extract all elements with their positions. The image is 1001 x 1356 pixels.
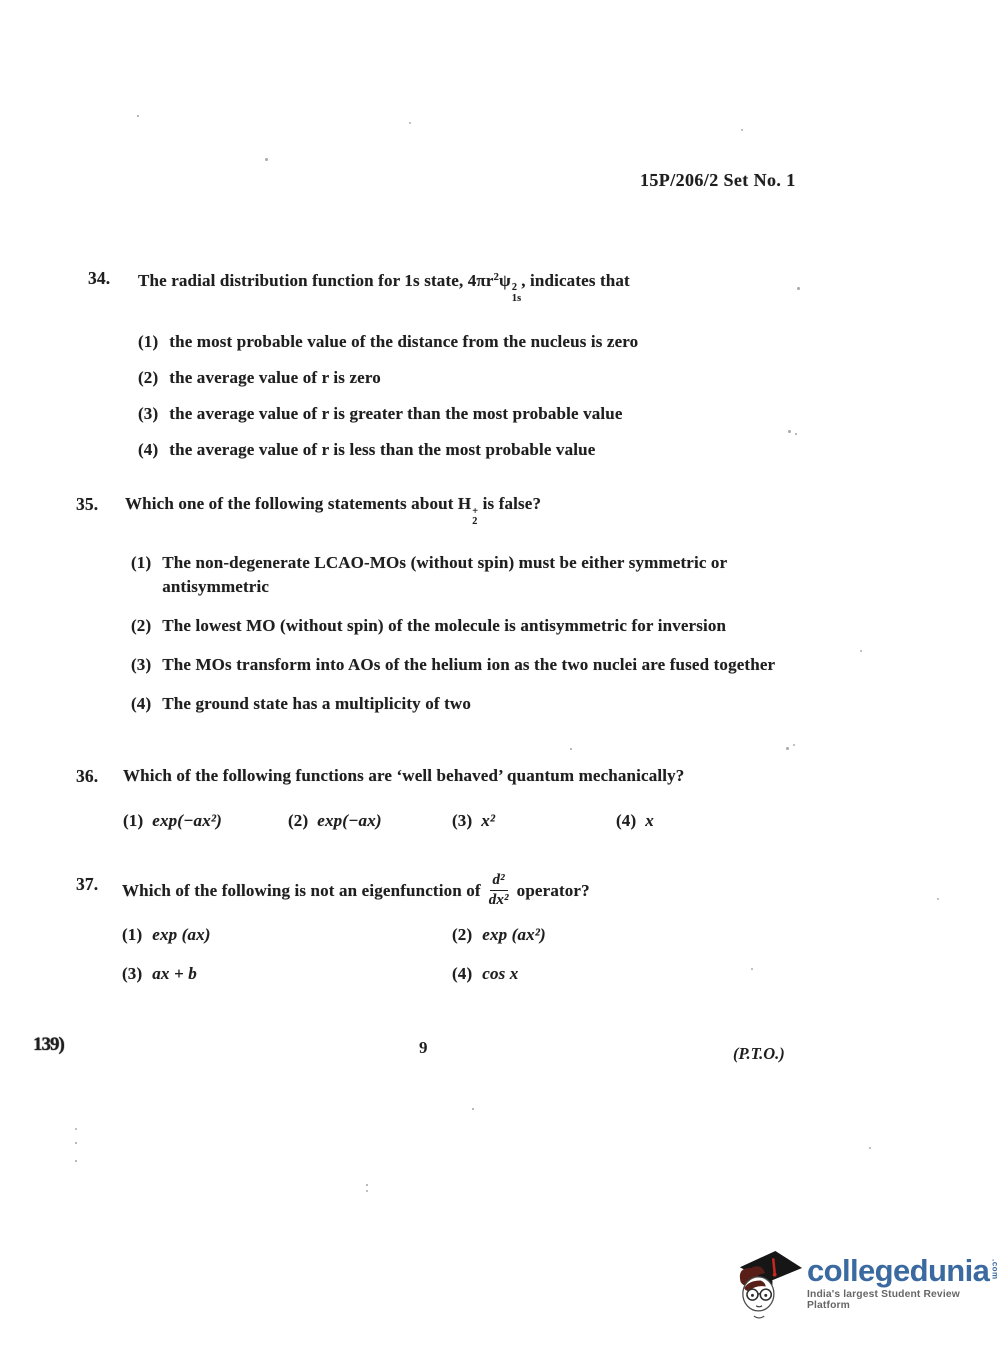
- option-label: (4): [138, 438, 158, 462]
- option-text: The ground state has a multiplicity of t…: [162, 692, 471, 716]
- option-row: (1) the most probable value of the dista…: [138, 330, 828, 354]
- option-label: (2): [452, 923, 472, 947]
- option-label: (4): [131, 692, 151, 716]
- question-stem: The radial distribution function for 1s …: [138, 266, 833, 304]
- option-label: (2): [138, 366, 158, 390]
- brand-tagline: India's largest Student Review Platform: [807, 1289, 1001, 1311]
- option-text: The lowest MO (without spin) of the mole…: [162, 614, 726, 638]
- option-text: the average value of r is zero: [169, 366, 381, 390]
- stem-text: The radial distribution function for 1s …: [138, 271, 494, 290]
- question-stem: Which one of the following statements ab…: [125, 492, 846, 527]
- option-label: (2): [131, 614, 151, 638]
- option-text: exp(−ax²): [152, 809, 222, 833]
- option-label: (3): [122, 962, 142, 986]
- option-row: (4) the average value of r is less than …: [138, 438, 828, 462]
- option-label: (4): [616, 809, 636, 833]
- pto-label: (P.T.O.): [733, 1044, 785, 1064]
- stem-text: , indicates that: [521, 271, 630, 290]
- option-row: (1) exp (ax): [122, 923, 452, 947]
- option-label: (1): [131, 551, 151, 599]
- option-text: x: [645, 809, 654, 833]
- option-text: The non-degenerate LCAO-MOs (without spi…: [162, 551, 810, 599]
- brand-wordmark: collegedunia: [807, 1256, 989, 1286]
- question-stem: Which of the following is not an eigenfu…: [122, 872, 866, 910]
- stem-text: Which of the following is not an eigenfu…: [122, 879, 481, 903]
- option-row: (1) The non-degenerate LCAO-MOs (without…: [131, 551, 846, 599]
- options-row: (1) exp(−ax²) (2) exp(−ax) (3) x² (4) x: [123, 809, 866, 833]
- collegedunia-logo: collegedunia .com India's largest Studen…: [731, 1242, 1001, 1333]
- option-row: (2) exp (ax²): [452, 923, 866, 947]
- option-text: cos x: [482, 962, 518, 986]
- stem-text: operator?: [517, 879, 590, 903]
- question-number: 37.: [76, 872, 122, 986]
- option-row: (4) x: [616, 809, 866, 833]
- option-text: the average value of r is greater than t…: [169, 402, 622, 426]
- option-label: (4): [452, 962, 472, 986]
- question-37: 37. Which of the following is not an eig…: [76, 872, 866, 986]
- option-label: (1): [122, 923, 142, 947]
- option-text: ax + b: [152, 962, 197, 986]
- page-number: 9: [419, 1038, 428, 1058]
- question-35: 35. Which one of the following statement…: [76, 492, 846, 731]
- question-number: 35.: [76, 492, 125, 731]
- option-text: exp (ax²): [482, 923, 546, 947]
- collegedunia-mascot-icon: [731, 1242, 805, 1333]
- option-row: (2) The lowest MO (without spin) of the …: [131, 614, 846, 638]
- question-34: 34. The radial distribution function for…: [88, 266, 833, 474]
- booklet-code-mark: 139): [33, 1034, 64, 1056]
- option-label: (3): [138, 402, 158, 426]
- option-text: the average value of r is less than the …: [169, 438, 595, 462]
- option-row: (4) cos x: [452, 962, 866, 986]
- option-label: (3): [452, 809, 472, 833]
- option-text: exp(−ax): [317, 809, 381, 833]
- scanned-exam-page: 15P/206/2 Set No. 1 34. The radial distr…: [0, 0, 1001, 1356]
- option-row: (1) exp(−ax²): [123, 809, 288, 833]
- fraction-denominator: dx²: [489, 891, 509, 909]
- stem-text: is false?: [478, 494, 541, 513]
- derivative-fraction: d² dx²: [489, 872, 509, 910]
- option-text: exp (ax): [152, 923, 210, 947]
- option-label: (1): [138, 330, 158, 354]
- option-row: (2) the average value of r is zero: [138, 366, 828, 390]
- psi-supsub: 21s: [512, 283, 521, 304]
- option-row: (3) ax + b: [122, 962, 452, 986]
- option-row: (3) x²: [452, 809, 616, 833]
- option-row: (4) The ground state has a multiplicity …: [131, 692, 846, 716]
- option-text: the most probable value of the distance …: [169, 330, 638, 354]
- exam-set-code: 15P/206/2 Set No. 1: [640, 170, 796, 191]
- fraction-numerator: d²: [490, 872, 508, 891]
- option-row: (3) the average value of r is greater th…: [138, 402, 828, 426]
- option-text: The MOs transform into AOs of the helium…: [162, 653, 775, 677]
- question-number: 36.: [76, 764, 123, 833]
- option-row: (2) exp(−ax): [288, 809, 452, 833]
- option-row: (3) The MOs transform into AOs of the he…: [131, 653, 846, 677]
- psi-symbol: ψ: [499, 271, 511, 290]
- question-stem: Which of the following functions are ‘we…: [123, 764, 866, 788]
- option-text: x²: [481, 809, 495, 833]
- option-label: (3): [131, 653, 151, 677]
- option-label: (1): [123, 809, 143, 833]
- question-36: 36. Which of the following functions are…: [76, 764, 866, 833]
- brand-tld: .com: [990, 1259, 999, 1280]
- stem-text: Which one of the following statements ab…: [125, 494, 471, 513]
- question-number: 34.: [88, 266, 138, 474]
- option-label: (2): [288, 809, 308, 833]
- options-grid: (1) exp (ax) (2) exp (ax²) (3) ax + b (4…: [122, 923, 866, 986]
